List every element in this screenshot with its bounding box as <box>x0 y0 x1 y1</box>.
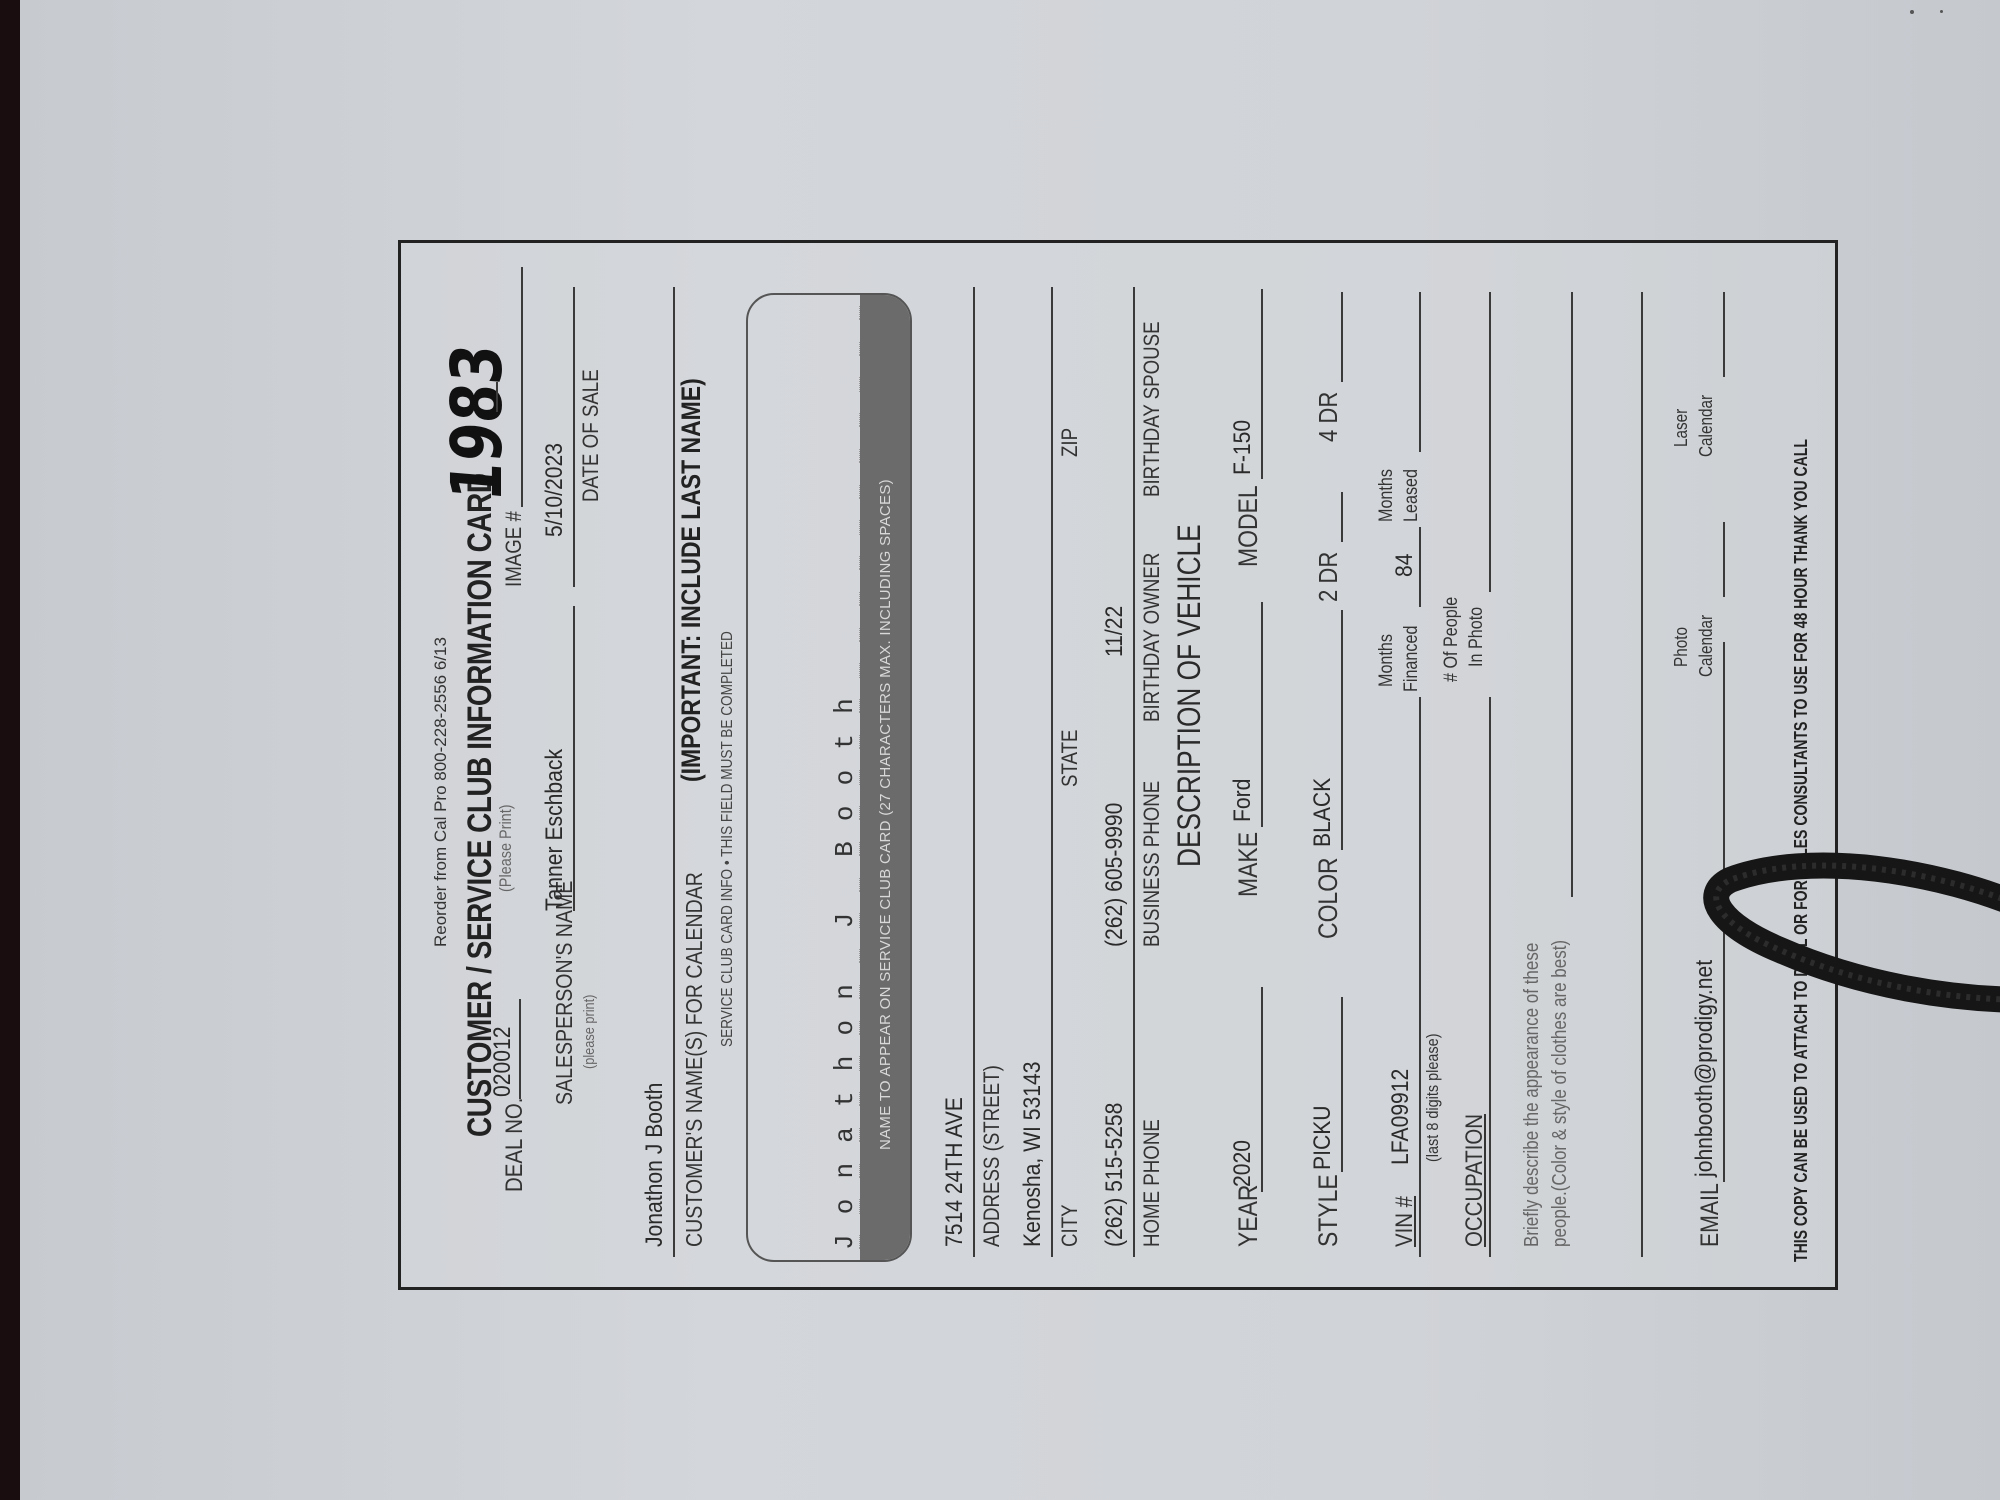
service-club-information-card: Reorder from Cal Pro 800-228-2556 6/13 C… <box>398 240 1838 1290</box>
make-line <box>1261 602 1263 827</box>
address-label: ADDRESS (STREET) <box>979 1065 1005 1247</box>
reorder-note: Reorder from Cal Pro 800-228-2556 6/13 <box>431 637 451 947</box>
customer-name-important: (IMPORTANT: INCLUDE LAST NAME) <box>676 378 707 782</box>
laser-calendar-label-2: Calendar <box>1696 395 1717 457</box>
card-name-slot <box>818 510 860 546</box>
year-value[interactable]: 2020 <box>1229 1140 1257 1187</box>
card-name-slots: Jonathon J Booth <box>818 295 860 1260</box>
make-value[interactable]: Ford <box>1229 779 1257 822</box>
two-door-line[interactable] <box>1341 492 1343 542</box>
occupation-line[interactable] <box>1489 697 1491 1257</box>
deal-no-value[interactable]: 020012 <box>489 1027 517 1097</box>
salesperson-line <box>573 606 575 911</box>
card-name-slot: J <box>818 1224 860 1260</box>
vin-sublabel: (last 8 digits please) <box>1423 1033 1443 1162</box>
card-name-slot <box>818 295 860 331</box>
card-name-slot: o <box>818 1010 860 1046</box>
two-door-label: 2 DR <box>1313 552 1344 602</box>
phone-line <box>1133 287 1135 1257</box>
image-number-line <box>521 267 523 507</box>
months-financed-value[interactable]: 84 <box>1391 554 1419 577</box>
color-value[interactable]: BLACK <box>1309 778 1337 847</box>
make-label: MAKE <box>1233 832 1264 897</box>
four-door-line[interactable] <box>1341 292 1343 382</box>
business-phone-label: BUSINESS PHONE <box>1139 781 1165 947</box>
black-cord <box>1690 850 2000 1030</box>
people-in-photo-label-1: # Of People <box>1441 597 1463 682</box>
card-name-slot: t <box>818 1081 860 1117</box>
months-leased-line[interactable] <box>1419 292 1421 452</box>
card-name-slot <box>818 545 860 581</box>
service-card-note: SERVICE CLUB CARD INFO • THIS FIELD MUST… <box>719 631 737 1047</box>
address-line <box>973 287 975 1257</box>
people-in-photo-label-2: In Photo <box>1466 607 1488 667</box>
birthday-owner-label: BIRTHDAY OWNER <box>1139 553 1165 722</box>
date-of-sale-line <box>573 287 575 587</box>
year-line <box>1261 987 1263 1192</box>
card-name-slot <box>818 474 860 510</box>
image-number-label: IMAGE # <box>501 511 527 587</box>
card-name-slot: o <box>818 760 860 796</box>
card-name-slot <box>818 367 860 403</box>
salesperson-label: SALESPERSON'S NAME <box>551 881 578 1105</box>
months-financed-line <box>1419 527 1421 607</box>
card-name-slot <box>818 617 860 653</box>
city-label: CITY <box>1057 1204 1083 1247</box>
color-label: COLOR <box>1313 857 1344 939</box>
speck <box>1910 10 1914 14</box>
speck <box>1940 10 1943 13</box>
card-name-slot: o <box>818 795 860 831</box>
city-line <box>1051 287 1053 1257</box>
four-door-label: 4 DR <box>1313 392 1344 442</box>
laser-calendar-label-1: Laser <box>1671 409 1692 447</box>
card-name-slot: n <box>818 974 860 1010</box>
style-value[interactable]: PICKU <box>1309 1105 1337 1170</box>
service-club-card-name-field[interactable]: Jonathon J Booth NAME TO APPEAR ON SERVI… <box>746 293 912 1262</box>
photo-calendar-label-1: Photo <box>1671 627 1692 667</box>
card-name-slot <box>818 938 860 974</box>
card-name-slot: o <box>818 1189 860 1225</box>
business-phone-value[interactable]: (262) 605-9990 <box>1101 803 1129 947</box>
card-name-slot <box>818 402 860 438</box>
card-name-slot: a <box>818 1117 860 1153</box>
describe-label-2: people.(Color & style of clothes are bes… <box>1549 940 1572 1247</box>
card-name-slot: t <box>818 724 860 760</box>
email-label: EMAIL <box>1696 1183 1725 1247</box>
vehicle-heading: DESCRIPTION OF VEHICLE <box>1171 524 1208 867</box>
style-line <box>1341 997 1343 1172</box>
please-print-note: (Please Print) <box>496 804 516 892</box>
customer-name-line <box>673 287 675 1257</box>
months-financed-label-1: Months <box>1376 634 1398 687</box>
image-number-dash <box>496 382 498 412</box>
describe-label-1: Briefly describe the appearance of these <box>1521 943 1544 1247</box>
salesperson-value[interactable]: Tanner Eschback <box>541 749 569 911</box>
card-name-slot: B <box>818 831 860 867</box>
describe-line-1[interactable] <box>1571 292 1573 897</box>
image-number-handwritten[interactable]: 1983 <box>436 341 518 504</box>
deal-no-line <box>519 999 521 1099</box>
card-name-slot <box>818 438 860 474</box>
zip-label: ZIP <box>1057 428 1083 457</box>
color-line <box>1341 610 1343 850</box>
date-of-sale-label: DATE OF SALE <box>578 369 604 502</box>
describe-line-2[interactable] <box>1641 292 1643 1257</box>
home-phone-label: HOME PHONE <box>1139 1119 1165 1247</box>
background-dark-edge <box>0 0 20 1500</box>
months-leased-label-2: Leased <box>1401 469 1423 522</box>
months-leased-label-1: Months <box>1376 469 1398 522</box>
photo-calendar-line[interactable] <box>1723 522 1725 597</box>
city-value[interactable]: Kenosha, WI 53143 <box>1019 1061 1047 1247</box>
card-name-slot <box>818 867 860 903</box>
birthday-owner-value[interactable]: 11/22 <box>1101 606 1129 657</box>
card-name-slot <box>818 331 860 367</box>
deal-no-label: DEAL NO. <box>501 1098 529 1192</box>
months-financed-label-2: Financed <box>1401 626 1423 692</box>
year-label: YEAR <box>1233 1184 1264 1247</box>
card-name-slot: J <box>818 903 860 939</box>
card-name-slot: h <box>818 1046 860 1082</box>
model-value[interactable]: F-150 <box>1229 420 1257 475</box>
card-name-slot: h <box>818 688 860 724</box>
occupation-label: OCCUPATION <box>1461 1114 1489 1247</box>
card-name-slot <box>818 581 860 617</box>
home-phone-value[interactable]: (262) 515-5258 <box>1101 1103 1129 1247</box>
model-line <box>1261 289 1263 479</box>
laser-calendar-line[interactable] <box>1723 292 1725 377</box>
vin-value[interactable]: LFA09912 <box>1387 1069 1415 1165</box>
customer-name-value[interactable]: Jonathon J Booth <box>641 1083 669 1247</box>
model-label: MODEL <box>1233 485 1264 567</box>
address-value[interactable]: 7514 24TH AVE <box>941 1097 969 1247</box>
vin-label: VIN # <box>1391 1196 1419 1247</box>
state-label: STATE <box>1057 730 1083 787</box>
date-of-sale-value[interactable]: 5/10/2023 <box>541 443 569 537</box>
card-name-slot: n <box>818 1153 860 1189</box>
style-label: STYLE <box>1313 1174 1344 1247</box>
photo-calendar-label-2: Calendar <box>1696 615 1717 677</box>
salesperson-sublabel: (please print) <box>581 995 598 1069</box>
card-name-bar: NAME TO APPEAR ON SERVICE CLUB CARD (27 … <box>860 295 910 1260</box>
customer-name-label: CUSTOMER'S NAME(S) FOR CALENDAR <box>681 872 708 1247</box>
vin-line <box>1419 697 1421 1257</box>
people-in-photo-line[interactable] <box>1489 292 1491 592</box>
birthday-spouse-label: BIRTHDAY SPOUSE <box>1139 321 1165 497</box>
card-name-slot <box>818 653 860 689</box>
